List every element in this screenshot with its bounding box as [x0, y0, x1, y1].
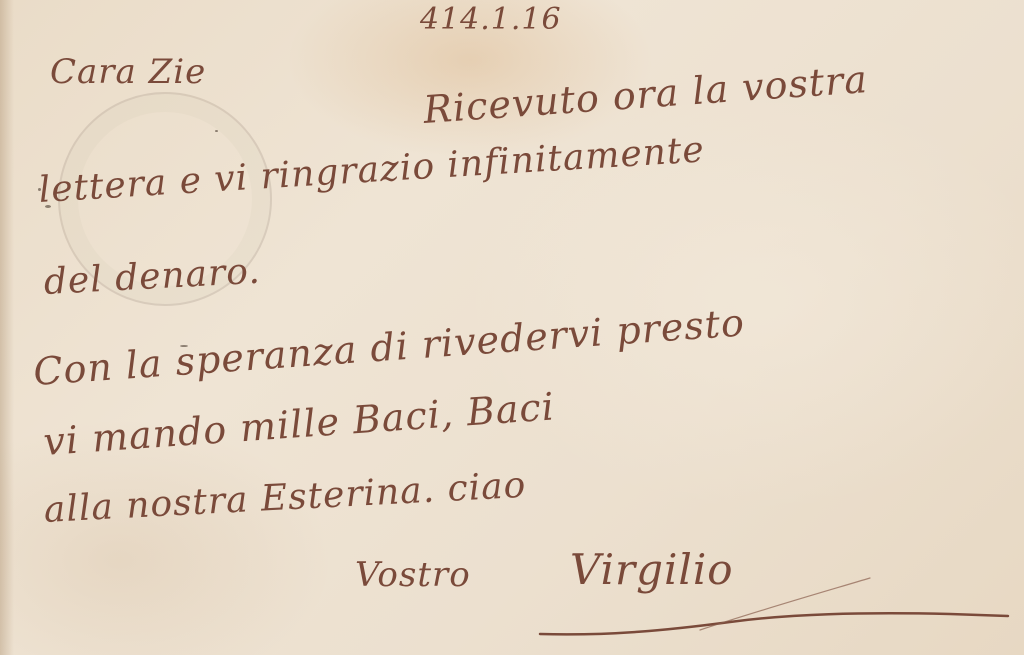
salutation: Cara Zie [50, 52, 206, 92]
body-line-5: vi mando mille Baci, Baci [42, 384, 556, 464]
body-line-4: Con la speranza di rivedervi presto [32, 300, 746, 394]
signature-flourish [530, 570, 1010, 650]
body-line-1: Ricevuto ora la vostra [422, 57, 869, 132]
postcard: 414.1.16 Cara Zie Ricevuto ora la vostra… [0, 0, 1024, 655]
closing: Vostro [355, 555, 471, 595]
body-line-6: alla nostra Esterina. ciao [43, 465, 527, 531]
date-line: 414.1.16 [420, 2, 562, 37]
ink-speck [215, 130, 218, 132]
